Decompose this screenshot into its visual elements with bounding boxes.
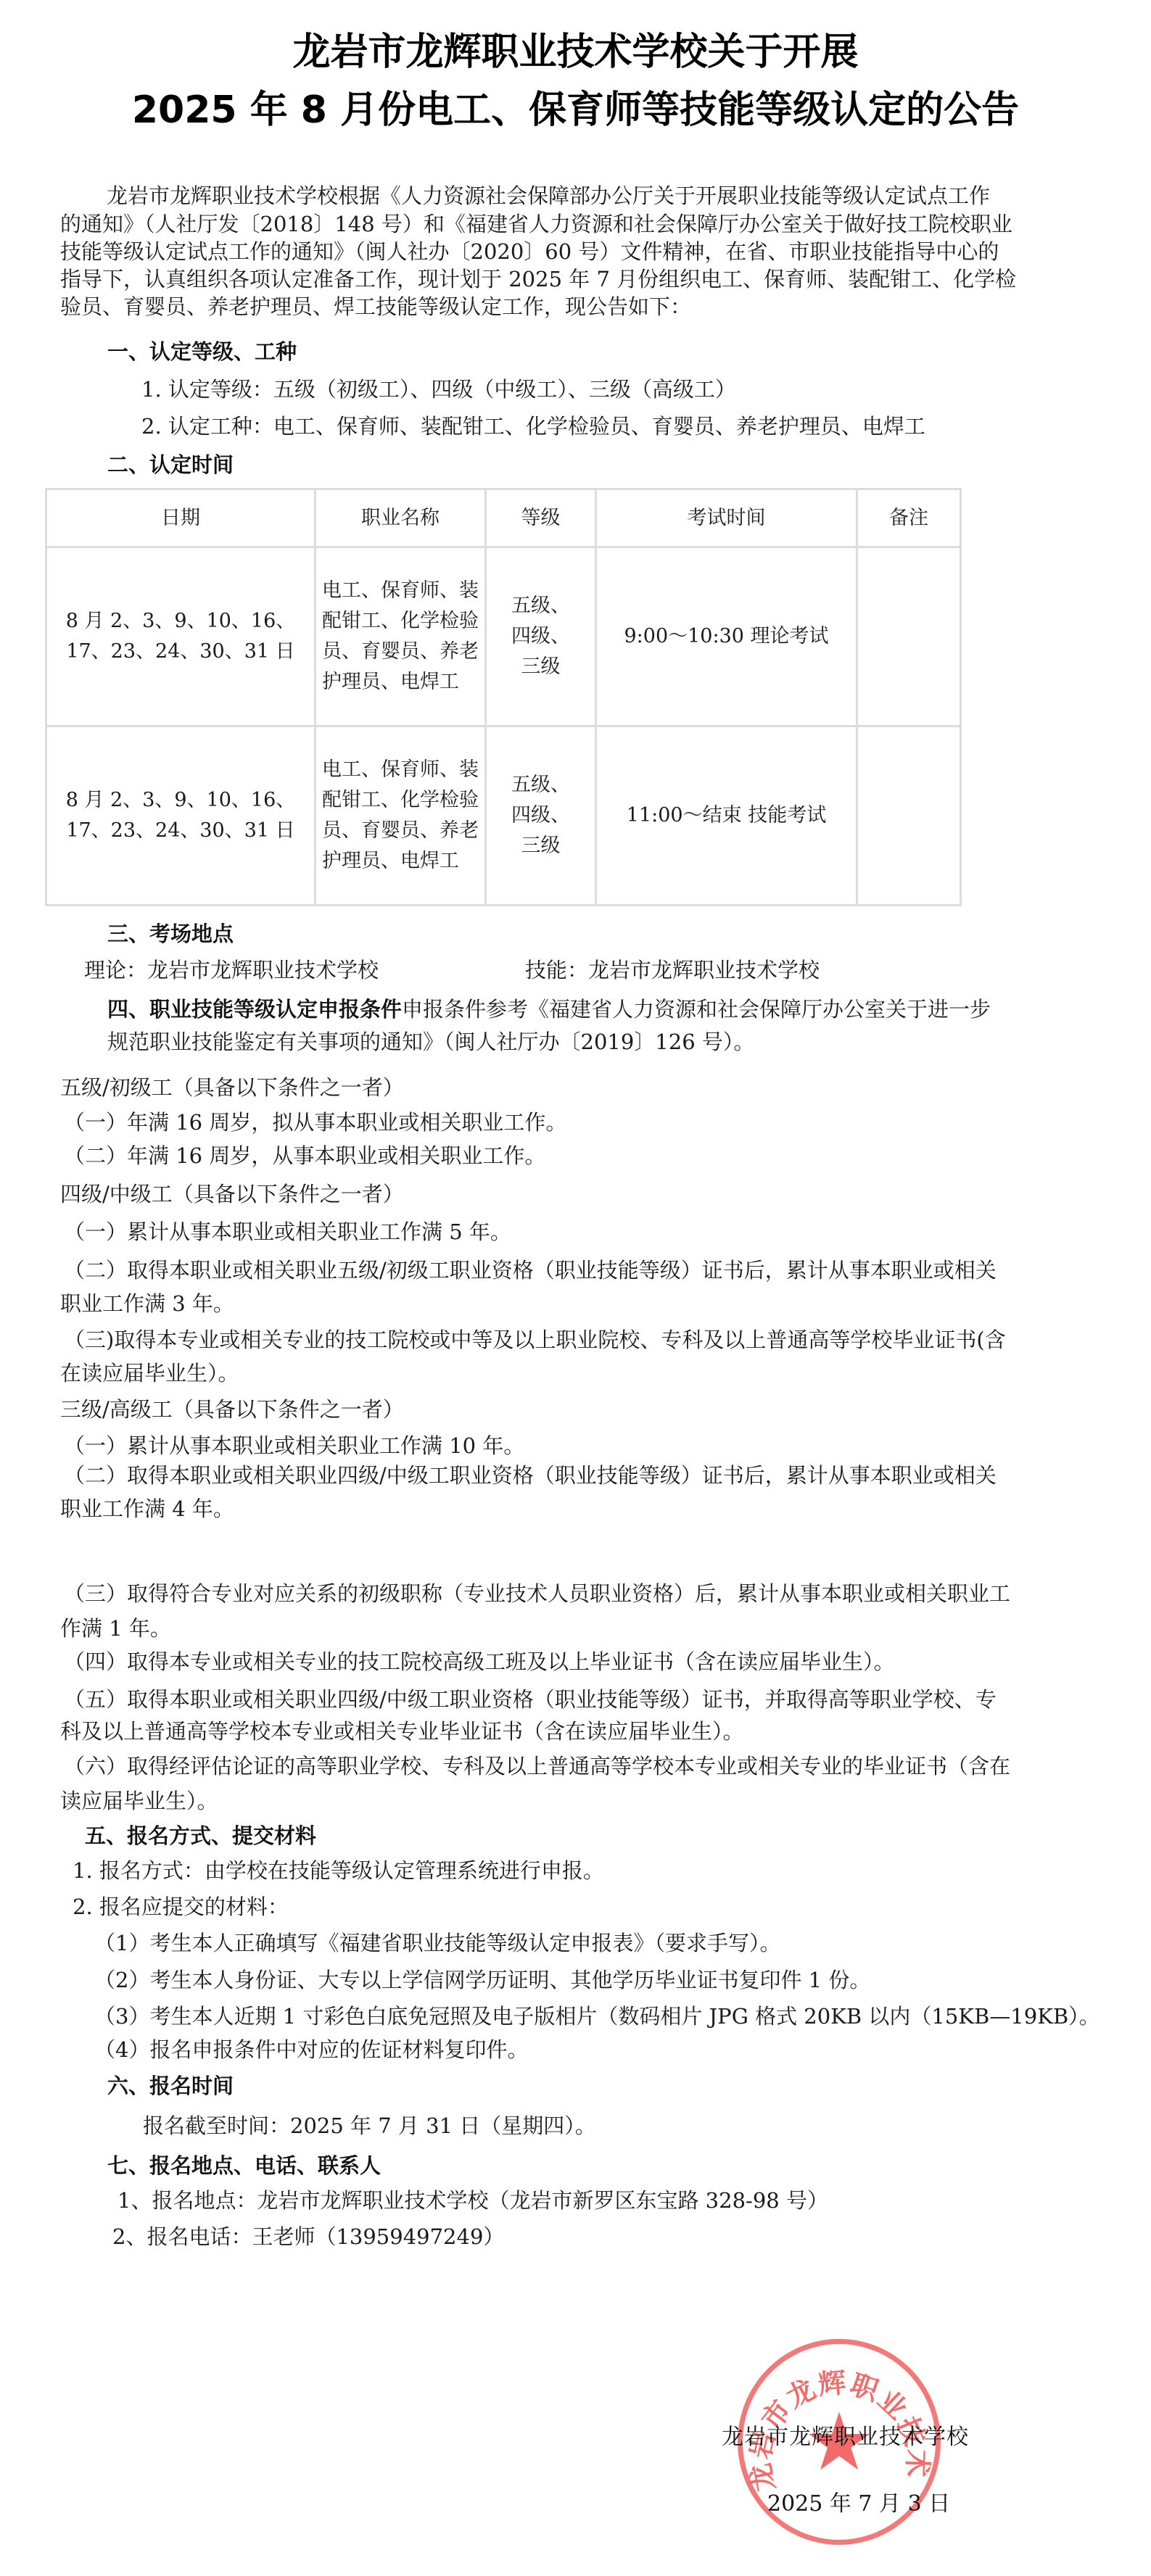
level3-item: （五）取得本职业或相关职业四级/中级工职业资格（职业技能等级）证书，并取得高等职… xyxy=(64,1686,997,1713)
venue-skill: 技能：龙岩市龙辉职业技术学校 xyxy=(525,956,820,984)
cell-occupations: 电工、保育师、装配钳工、化学检验员、育婴员、养老护理员、电焊工 xyxy=(315,726,486,906)
level3-item-cont: 读应届毕业生）。 xyxy=(60,1787,218,1815)
levels-item: 1. 认定等级：五级（初级工）、四级（中级工）、三级（高级工） xyxy=(141,376,736,403)
col-header-date: 日期 xyxy=(46,489,315,547)
material-item: （1）考生本人正确填写《福建省职业技能等级认定申报表》（要求手写）。 xyxy=(94,1929,780,1957)
registration-method: 1. 报名方式：由学校在技能等级认定管理系统进行申报。 xyxy=(73,1857,604,1884)
level-line: 三级 xyxy=(492,831,589,861)
level5-title: 五级/初级工（具备以下条件之一者） xyxy=(60,1074,404,1101)
cell-exam-time: 9:00～10:30 理论考试 xyxy=(596,547,857,726)
venue-theory: 理论：龙岩市龙辉职业技术学校 xyxy=(84,956,379,984)
level3-item: （四）取得本专业或相关专业的技工院校高级工班及以上毕业证书（含在读应届毕业生）。 xyxy=(64,1648,895,1676)
registration-deadline: 报名截至时间：2025 年 7 月 31 日（星期四）。 xyxy=(143,2112,596,2140)
cell-level: 五级、 四级、 三级 xyxy=(486,547,596,726)
col-header-exam-time: 考试时间 xyxy=(596,489,857,547)
col-header-note: 备注 xyxy=(857,489,961,547)
level3-item: （三）取得符合专业对应关系的初级职称（专业技术人员职业资格）后，累计从事本职业或… xyxy=(64,1580,1010,1607)
intro-line: 的通知》（人社厅发〔2018〕148 号）和《福建省人力资源和社会保障厅办公室关… xyxy=(60,210,1012,238)
cell-occupations: 电工、保育师、装配钳工、化学检验员、育婴员、养老护理员、电焊工 xyxy=(315,547,486,726)
level-line: 四级、 xyxy=(492,800,589,831)
signature-org: 龙岩市龙辉职业技术学校 xyxy=(722,2424,969,2451)
level4-item: （三)取得本专业或相关专业的技工院校或中等及以上职业院校、专科及以上普通高等学校… xyxy=(64,1326,1006,1354)
registration-materials-label: 2. 报名应提交的材料： xyxy=(73,1893,289,1921)
notice-title-line1: 龙岩市龙辉职业技术学校关于开展 xyxy=(0,30,1151,74)
requirements-intro: 申报条件参考《福建省人力资源和社会保障厅办公室关于进一步 xyxy=(402,997,991,1022)
intro-line: 技能等级认定试点工作的通知》（闽人社办〔2020〕60 号）文件精神，在省、市职… xyxy=(60,238,999,265)
level4-item: （二）取得本职业或相关职业五级/初级工职业资格（职业技能等级）证书后，累计从事本… xyxy=(64,1256,997,1284)
level-line: 五级、 xyxy=(492,591,589,621)
level3-item-cont: 作满 1 年。 xyxy=(60,1615,171,1642)
registration-phone: 2、报名电话：王老师（13959497249） xyxy=(112,2223,504,2250)
level-line: 四级、 xyxy=(492,621,589,652)
level3-item: （一）累计从事本职业或相关职业工作满 10 年。 xyxy=(64,1432,524,1459)
level4-title: 四级/中级工（具备以下条件之一者） xyxy=(60,1180,404,1208)
cell-date: 8 月 2、3、9、10、16、17、23、24、30、31 日 xyxy=(46,726,315,906)
col-header-level: 等级 xyxy=(486,489,596,547)
table-row: 8 月 2、3、9、10、16、17、23、24、30、31 日 电工、保育师、… xyxy=(46,547,961,726)
level3-item: （六）取得经评估论证的高等职业学校、专科及以上普通高等学校本专业或相关专业的毕业… xyxy=(64,1752,1010,1780)
intro-line: 龙岩市龙辉职业技术学校根据《人力资源社会保障部办公厅关于开展职业技能等级认定试点… xyxy=(107,182,990,210)
requirements-intro-line2: 规范职业技能鉴定有关事项的通知》（闽人社厅办〔2019〕126 号）。 xyxy=(107,1028,754,1056)
schedule-table: 日期 职业名称 等级 考试时间 备注 8 月 2、3、9、10、16、17、23… xyxy=(45,488,962,906)
level3-item-cont: 科及以上普通高等学校本专业或相关专业毕业证书（含在读应届毕业生）。 xyxy=(60,1718,744,1745)
section-heading-requirements: 四、职业技能等级认定申报条件申报条件参考《福建省人力资源和社会保障厅办公室关于进… xyxy=(107,995,991,1023)
registration-location: 1、报名地点：龙岩市龙辉职业技术学校（龙岩市新罗区东宝路 328-98 号） xyxy=(117,2187,828,2214)
material-item: （3）考生本人近期 1 寸彩色白底免冠照及电子版相片（数码相片 JPG 格式 2… xyxy=(94,2003,1100,2030)
cell-note xyxy=(857,547,961,726)
occupations-item: 2. 认定工种：电工、保育师、装配钳工、化学检验员、育婴员、养老护理员、电焊工 xyxy=(141,413,925,440)
intro-line: 指导下，认真组织各项认定准备工作，现计划于 2025 年 7 月份组织电工、保育… xyxy=(60,265,1016,293)
section-heading-schedule: 二、认定时间 xyxy=(107,451,234,479)
section-heading-deadline: 六、报名时间 xyxy=(107,2072,234,2100)
level4-item-cont: 职业工作满 3 年。 xyxy=(60,1290,234,1317)
level4-item-cont: 在读应届毕业生）。 xyxy=(60,1359,239,1387)
cell-exam-time: 11:00～结束 技能考试 xyxy=(596,726,857,906)
material-item: （4）报名申报条件中对应的佐证材料复印件。 xyxy=(94,2036,528,2063)
level3-title: 三级/高级工（具备以下条件之一者） xyxy=(60,1396,404,1423)
level5-item: （二）年满 16 周岁，从事本职业或相关职业工作。 xyxy=(64,1142,545,1169)
material-item: （2）考生本人身份证、大专以上学信网学历证明、其他学历毕业证书复印件 1 份。 xyxy=(94,1966,870,1994)
level-line: 五级、 xyxy=(492,770,589,800)
cell-date: 8 月 2、3、9、10、16、17、23、24、30、31 日 xyxy=(46,547,315,726)
level4-item: （一）累计从事本职业或相关职业工作满 5 年。 xyxy=(64,1218,511,1246)
level3-item-cont: 职业工作满 4 年。 xyxy=(60,1495,234,1523)
level3-item: （二）取得本职业或相关职业四级/中级工职业资格（职业技能等级）证书后，累计从事本… xyxy=(64,1462,997,1489)
cell-level: 五级、 四级、 三级 xyxy=(486,726,596,906)
notice-title-line2: 2025 年 8 月份电工、保育师等技能等级认定的公告 xyxy=(0,88,1151,132)
signature-date: 2025 年 7 月 3 日 xyxy=(767,2491,950,2517)
section-heading-levels: 一、认定等级、工种 xyxy=(107,338,297,365)
section-heading-venue: 三、考场地点 xyxy=(107,920,234,948)
cell-note xyxy=(857,726,961,906)
col-header-occupation: 职业名称 xyxy=(315,489,486,547)
section-heading-contact: 七、报名地点、电话、联系人 xyxy=(107,2152,381,2179)
section-heading-registration: 五、报名方式、提交材料 xyxy=(85,1822,316,1850)
table-header-row: 日期 职业名称 等级 考试时间 备注 xyxy=(46,489,961,547)
level5-item: （一）年满 16 周岁，拟从事本职业或相关职业工作。 xyxy=(64,1109,566,1136)
requirements-heading-bold: 四、职业技能等级认定申报条件 xyxy=(107,997,402,1022)
level-line: 三级 xyxy=(492,652,589,682)
intro-line: 验员、育婴员、养老护理员、焊工技能等级认定工作，现公告如下： xyxy=(60,293,691,320)
table-row: 8 月 2、3、9、10、16、17、23、24、30、31 日 电工、保育师、… xyxy=(46,726,961,906)
